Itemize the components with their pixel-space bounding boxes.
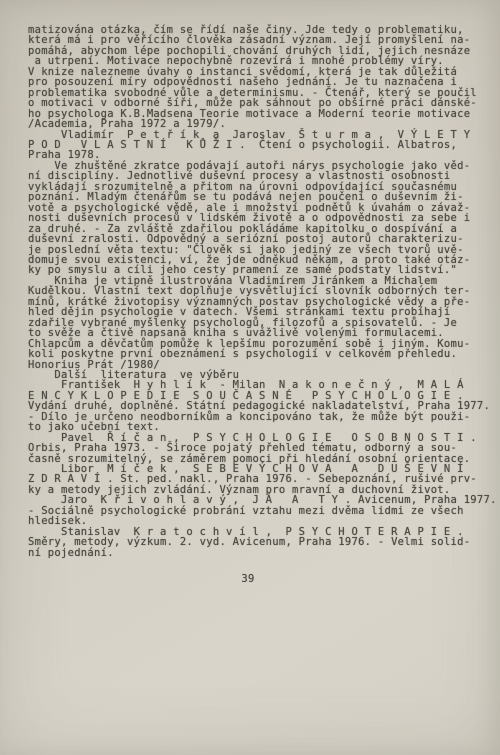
book-review-heading: Vladimír P e t ř í k a Jaroslav Š t u r … xyxy=(28,130,500,161)
review-paragraph-2: Kniha je vtipně ilustrována Vladimírem J… xyxy=(28,276,500,360)
review-paragraph-1: Ve zhuštěné zkratce podávají autoři náry… xyxy=(28,161,500,276)
scanned-document-page: matizována otázka, čím se řídí naše činy… xyxy=(0,0,500,755)
bibliography-entry-4: Jaro K ř i v o h l a v ý , J Á A T Y . A… xyxy=(28,495,500,526)
bibliography-entry-2: Pavel Ř í č a n , P S Y C H O L O G I E … xyxy=(28,433,500,464)
bibliography-entry-3: Libor M í č e k , S E B E V Ý C H O V A … xyxy=(28,464,500,495)
bibliography-entry-5: Stanislav K r a t o c h v í l , P S Y C … xyxy=(28,527,500,558)
page-number: 39 xyxy=(28,574,468,584)
bibliography-entry-1: František H y h l í k - Milan N a k o n … xyxy=(28,380,500,432)
paragraph-intro-continuation: matizována otázka, čím se řídí naše činy… xyxy=(28,25,500,130)
